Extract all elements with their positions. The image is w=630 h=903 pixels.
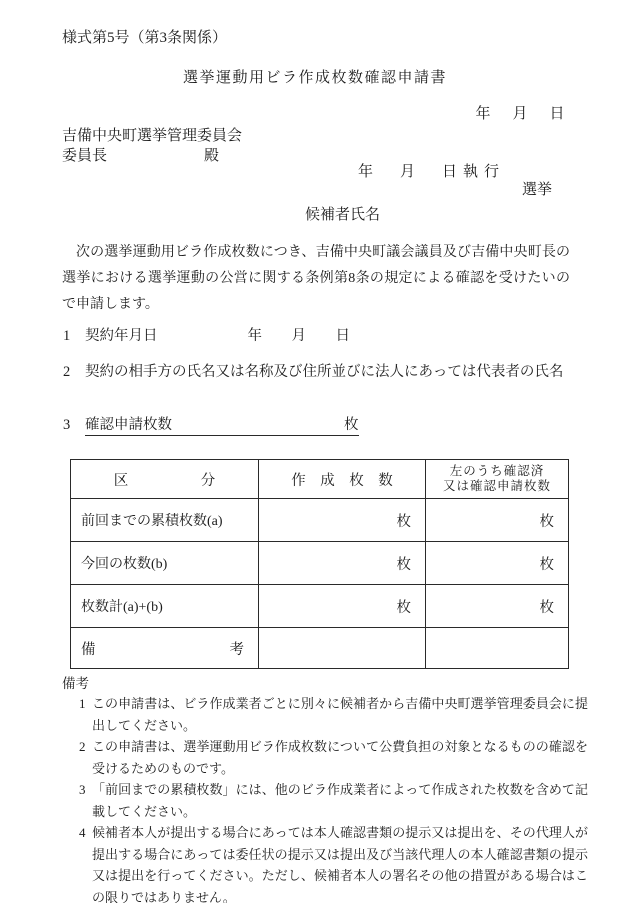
item-number: 3 xyxy=(63,415,85,435)
remarks-produced-cell xyxy=(259,628,426,669)
item-label: 契約年月日 xyxy=(85,328,158,344)
row-label-current: 今回の枚数(b) xyxy=(71,542,259,585)
table-remarks-row: 備 考 xyxy=(71,628,569,669)
total-produced-cell: 枚 xyxy=(259,585,426,628)
table-row: 今回の枚数(b) 枚 枚 xyxy=(71,542,569,585)
header-produced-count: 作 成 枚 数 xyxy=(259,460,426,499)
application-statement: 次の選挙運動用ビラ作成枚数につき、吉備中央町議会議員及び吉備中央町長の選挙におけ… xyxy=(62,240,570,318)
count-confirmation-table: 区 分 作 成 枚 数 左のうち確認済 又は確認申請枚数 前回までの累積枚数(a… xyxy=(70,459,569,669)
addressee-role: 委員長 xyxy=(62,148,107,164)
note-item: 3 「前回までの累積枚数」には、他のビラ作成業者によって作成された枚数を含めて記… xyxy=(0,779,588,822)
current-confirmed-cell: 枚 xyxy=(426,542,569,585)
application-date-line: 年 月 日 xyxy=(0,104,568,124)
header-confirmed-count: 左のうち確認済 又は確認申請枚数 xyxy=(426,460,569,499)
total-confirmed-cell: 枚 xyxy=(426,585,569,628)
item-number: 2 xyxy=(63,362,85,382)
current-produced-cell: 枚 xyxy=(259,542,426,585)
note-item: 2 この申請書は、選挙運動用ビラ作成枚数について公費負担の対象となるものの確認を… xyxy=(0,736,588,779)
addressee-honorific: 殿 xyxy=(204,148,219,164)
note-number: 3 xyxy=(79,779,86,801)
note-number: 4 xyxy=(79,822,86,844)
row-label-total: 枚数計(a)+(b) xyxy=(71,585,259,628)
requested-count-underlined: 確認申請枚数枚 xyxy=(85,417,359,436)
item-requested-count: 3確認申請枚数枚 xyxy=(63,415,570,435)
row-label-cumulative: 前回までの累積枚数(a) xyxy=(71,499,259,542)
remarks-label-cell: 備 考 xyxy=(71,628,259,669)
note-text: この申請書は、ビラ作成業者ごとに別々に候補者から吉備中央町選挙管理委員会に提出し… xyxy=(92,693,588,736)
note-number: 2 xyxy=(79,736,86,758)
note-number: 1 xyxy=(79,693,86,715)
count-unit: 枚 xyxy=(344,417,359,433)
remarks-confirmed-cell xyxy=(426,628,569,669)
note-text: この申請書は、選挙運動用ビラ作成枚数について公費負担の対象となるものの確認を受け… xyxy=(92,736,588,779)
item-label: 確認申請枚数 xyxy=(85,417,172,433)
header-category: 区 分 xyxy=(71,460,259,499)
table-row: 枚数計(a)+(b) 枚 枚 xyxy=(71,585,569,628)
election-name-suffix: 選挙 xyxy=(0,180,552,200)
item-contract-party: 2契約の相手方の氏名又は名称及び住所並びに法人にあっては代表者の氏名 xyxy=(63,362,570,382)
election-execution-date-line: 年 月 日執行 xyxy=(358,162,630,182)
table-row: 前回までの累積枚数(a) 枚 枚 xyxy=(71,499,569,542)
form-number: 様式第5号（第3条関係） xyxy=(62,28,570,48)
application-form-page: 様式第5号（第3条関係） 選挙運動用ビラ作成枚数確認申請書 年 月 日 吉備中央… xyxy=(0,0,630,903)
note-item: 4 候補者本人が提出する場合にあっては本人確認書類の提示又は提出を、その代理人が… xyxy=(0,822,588,903)
note-text: 候補者本人が提出する場合にあっては本人確認書類の提示又は提出を、その代理人が提出… xyxy=(92,822,588,903)
contract-date-blank: 年 月 日 xyxy=(248,326,358,346)
note-text: 「前回までの累積枚数」には、他のビラ作成業者によって作成された枚数を含めて記載し… xyxy=(92,779,588,822)
item-contract-date: 1契約年月日年 月 日 xyxy=(63,326,570,346)
remarks-label-right: 考 xyxy=(230,638,245,659)
item-label: 契約の相手方の氏名又は名称及び住所並びに法人にあっては代表者の氏名 xyxy=(85,364,563,380)
cumulative-produced-cell: 枚 xyxy=(259,499,426,542)
notes-heading: 備考 xyxy=(62,675,630,693)
cumulative-confirmed-cell: 枚 xyxy=(426,499,569,542)
addressee-organization: 吉備中央町選挙管理委員会 xyxy=(62,126,630,146)
page-title: 選挙運動用ビラ作成枚数確認申請書 xyxy=(0,68,630,88)
header-confirmed-line2: 又は確認申請枚数 xyxy=(427,479,567,494)
table-header-row: 区 分 作 成 枚 数 左のうち確認済 又は確認申請枚数 xyxy=(71,460,569,499)
candidate-name-label: 候補者氏名 xyxy=(0,205,630,225)
remarks-label-left: 備 xyxy=(81,638,96,659)
header-confirmed-line1: 左のうち確認済 xyxy=(427,464,567,479)
note-item: 1 この申請書は、ビラ作成業者ごとに別々に候補者から吉備中央町選挙管理委員会に提… xyxy=(0,693,588,736)
item-number: 1 xyxy=(63,326,85,346)
